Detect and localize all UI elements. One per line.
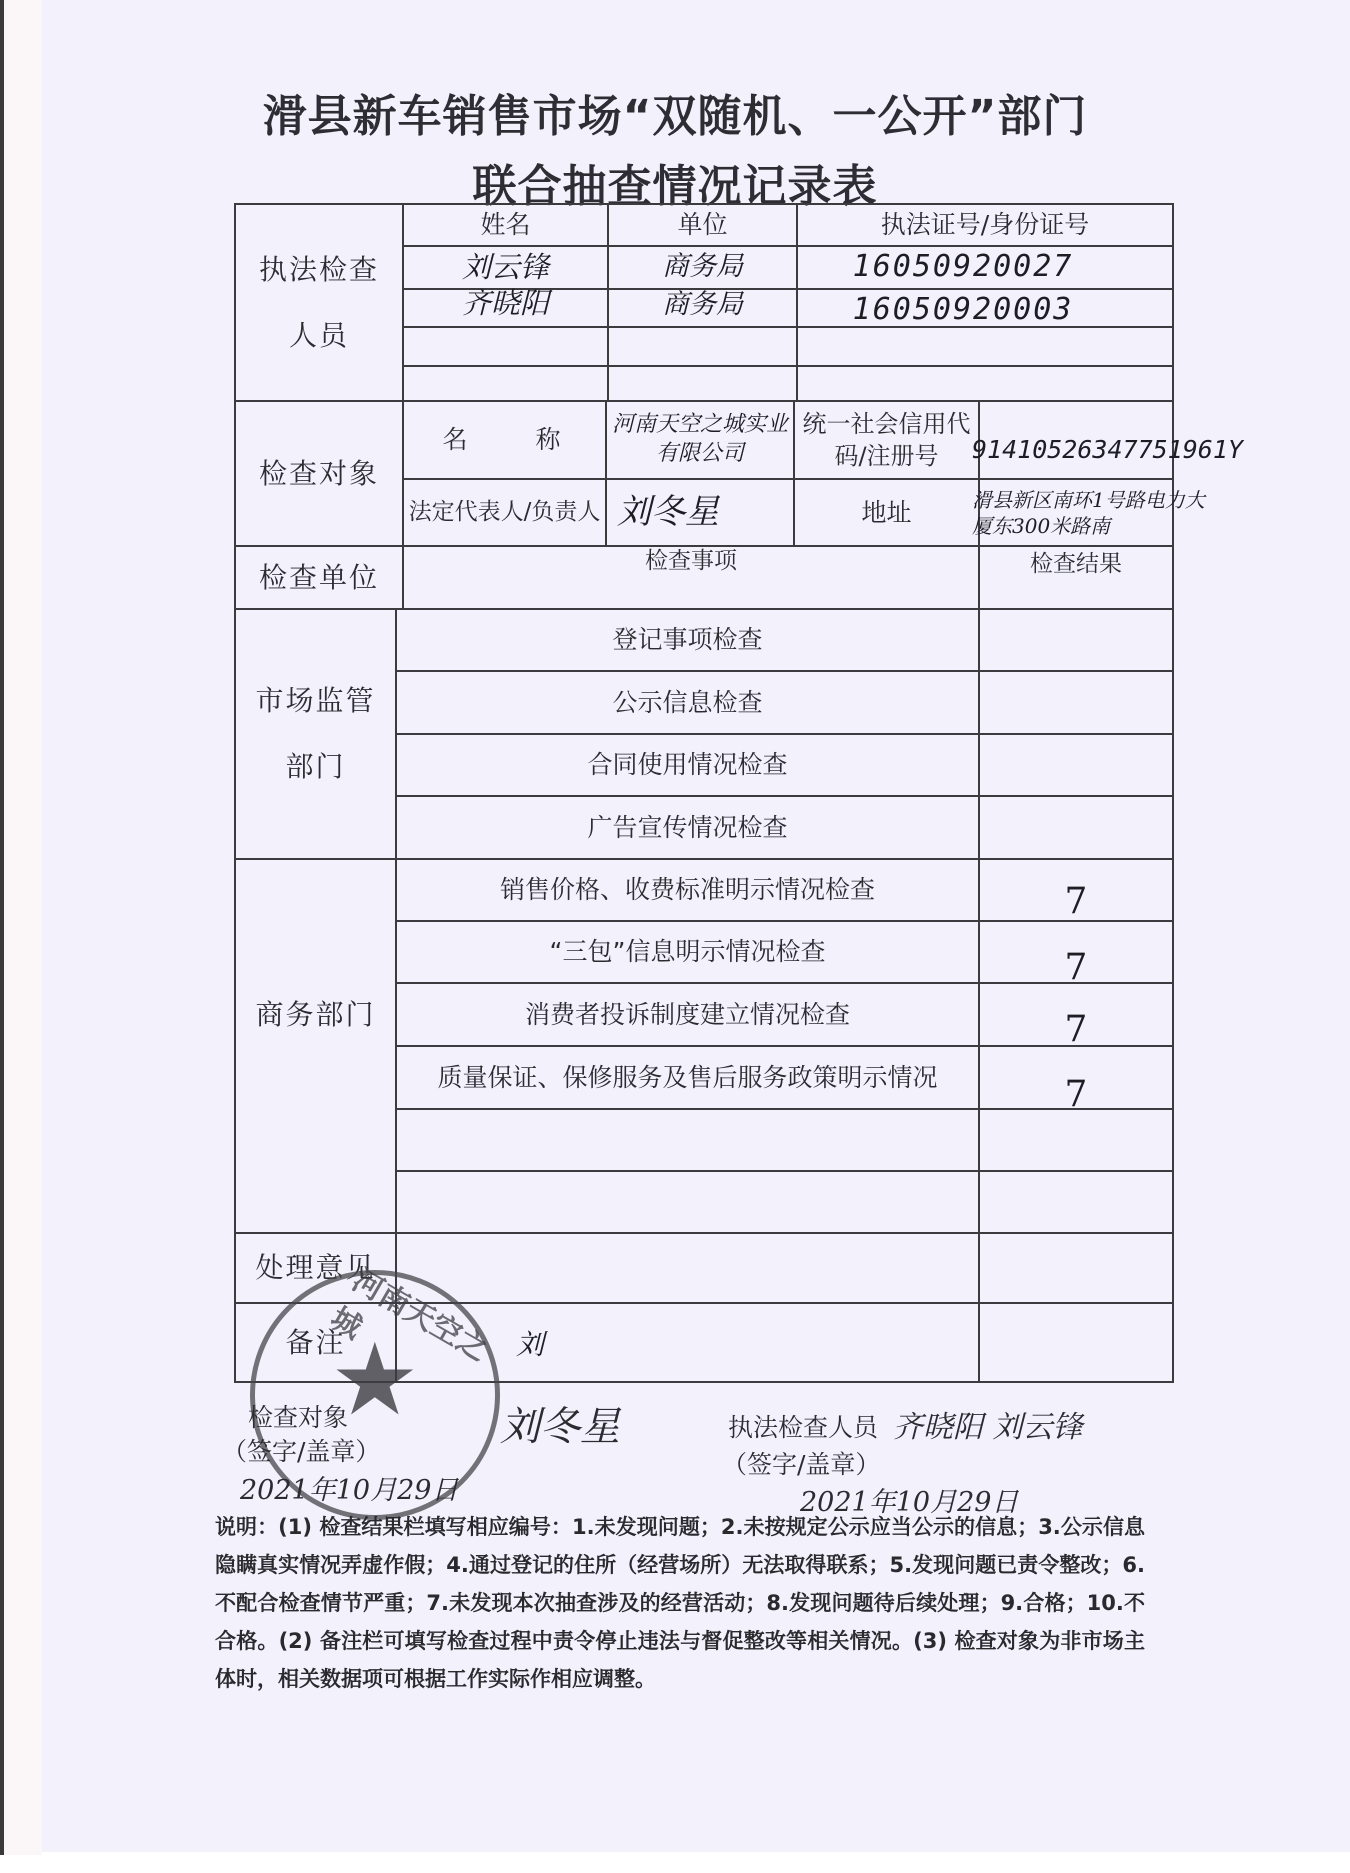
target-sign-date[interactable]: 2021年10月29日	[240, 1468, 458, 1507]
result-three-guarantees[interactable]: 7	[980, 938, 1172, 998]
target-name-label: 名 称	[404, 402, 605, 478]
inspector-sign-sub: （签字/盖章）	[722, 1445, 880, 1481]
opinion-value[interactable]	[397, 1234, 978, 1302]
inspector-4-name[interactable]	[404, 367, 607, 400]
result-complaint-system[interactable]: 7	[980, 1000, 1172, 1061]
header-id: 执法证号/身份证号	[798, 205, 1172, 245]
legal-rep-label: 法定代表人/负责人	[404, 480, 605, 545]
label-line: 执法检查	[259, 251, 379, 289]
header-unit: 单位	[609, 205, 796, 245]
item-registration: 登记事项检查	[397, 610, 978, 670]
inspector-4-unit[interactable]	[609, 367, 796, 400]
result-header: 检查结果	[980, 547, 1172, 583]
inspector-signature[interactable]: 齐晓阳 刘云锋	[893, 1402, 1083, 1446]
inspector-1-unit[interactable]: 商务局	[609, 247, 796, 288]
remarks-value[interactable]: 刘	[500, 1315, 560, 1375]
inspector-3-name[interactable]	[404, 328, 607, 365]
result-contract-use[interactable]	[980, 735, 1172, 795]
item-blank-2	[397, 1172, 978, 1232]
label-line: 市场监管	[255, 682, 375, 720]
item-after-sales: 质量保证、保修服务及售后服务政策明示情况	[397, 1047, 978, 1108]
address-value[interactable]: 滑县新区南环1号路电力大厦东300米路南	[972, 480, 1212, 545]
inspector-2-id[interactable]: 16050920003	[798, 290, 1128, 330]
scan-margin	[4, 0, 42, 1855]
target-signature[interactable]: 刘冬星	[500, 1395, 620, 1452]
target-sign-label: 检查对象	[248, 1398, 348, 1434]
target-section-label: 检查对象	[236, 402, 402, 545]
item-blank-1	[397, 1110, 978, 1170]
instructions-notes: 说明：(1) 检查结果栏填写相应编号：1.未发现问题；2.未按规定公示应当公示的…	[215, 1508, 1145, 1698]
inspector-3-unit[interactable]	[609, 328, 796, 365]
result-public-info[interactable]	[980, 672, 1172, 733]
market-supervision-label: 市场监管 部门	[236, 610, 395, 858]
item-public-info: 公示信息检查	[397, 672, 978, 733]
credit-code-value[interactable]: 91410526347751961Y	[972, 425, 1212, 475]
target-sign-sub: （签字/盖章）	[222, 1432, 380, 1468]
inspector-2-name[interactable]: 齐晓阳	[404, 282, 607, 326]
result-registration[interactable]	[980, 610, 1172, 670]
target-name-value[interactable]: 河南天空之城实业有限公司	[607, 402, 793, 478]
label-line: 部门	[285, 748, 345, 786]
inspector-2-unit[interactable]: 商务局	[609, 284, 796, 326]
item-advertising: 广告宣传情况检查	[397, 797, 978, 858]
result-blank-2[interactable]	[980, 1172, 1172, 1232]
item-price-display: 销售价格、收费标准明示情况检查	[397, 860, 978, 920]
commerce-label: 商务部门	[236, 860, 395, 1170]
inspectors-section-label: 执法检查 人员	[236, 205, 402, 400]
inspector-sign-label: 执法检查人员	[728, 1408, 878, 1444]
inspector-1-id[interactable]: 16050920027	[798, 247, 1128, 288]
item-contract-use: 合同使用情况检查	[397, 735, 978, 795]
item-three-guarantees: “三包”信息明示情况检查	[397, 922, 978, 982]
legal-rep-value[interactable]: 刘冬星	[607, 480, 803, 545]
item-complaint-system: 消费者投诉制度建立情况检查	[397, 984, 978, 1045]
address-label: 地址	[795, 480, 978, 545]
result-advertising[interactable]	[980, 797, 1172, 858]
unit-header: 检查单位	[236, 547, 402, 608]
label-line: 人员	[289, 317, 349, 355]
header-name: 姓名	[404, 205, 607, 245]
result-price-display[interactable]: 7	[980, 872, 1172, 932]
inspector-4-id[interactable]	[798, 367, 1172, 400]
credit-code-label: 统一社会信用代码/注册号	[795, 402, 978, 478]
document-title: 滑县新车销售市场“双随机、一公开”部门	[0, 80, 1350, 144]
items-header: 检查事项	[404, 547, 978, 577]
inspector-3-id[interactable]	[798, 328, 1172, 365]
result-blank-1[interactable]	[980, 1110, 1172, 1170]
